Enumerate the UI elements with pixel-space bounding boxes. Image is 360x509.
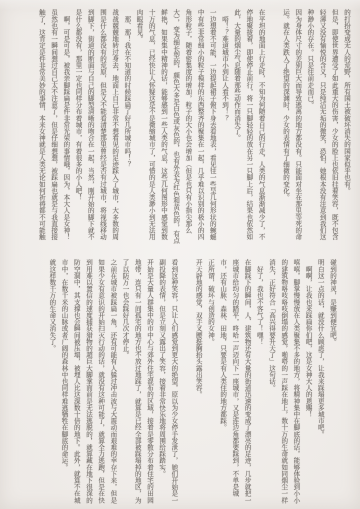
paragraph: 啊，可是可是，被我亲脚踩扁是件非常光荣的事情哦，因为，本大人是女神！ <box>60 9 72 246</box>
paragraph: 唔！？难道城市小到让人看不到！？ <box>219 9 231 246</box>
paragraph: 虽然也有一瞬间想过自己太不注意了，但是仔细想想，被踩扁也就是与我直接接触了，这肯… <box>36 9 60 246</box>
paragraph: 开天辟地的感觉，双手叉腰挺胸抬头露出笑容。 <box>193 259 205 505</box>
paragraph: 战战兢兢地转过身去，地面上自己非常不想看见的足迹踩入了城市，大多数的周围是什么都… <box>72 9 121 246</box>
paragraph: 一边想着不可能，一边提起裙子俯下身去看地表，看见往一些呈几何形状的蜿蜒中有些非常… <box>133 9 218 246</box>
paragraph: 因为身体尺寸的差别巨大而导致逃离的地方都没有。只能面对坐在那里等死的命运。就在人… <box>280 9 304 246</box>
novel-page: 的打扮变成无人的荒野，所有国土被破坏消失的国家似乎也有。 但是，即使世界遭受了如… <box>0 0 360 509</box>
paragraph: 好了，我也不客气了！嘿！ <box>254 259 266 505</box>
text-band-bottom: 碰到的神灵，是赚到便宜吧。 明白这一点的话，就没什么顾虑了，让我来踩塌更多城市吧… <box>46 259 339 505</box>
paragraph: 但是，即使世界遭受了如此重大的伤害，少女的脸上也依旧挂着笑容，既不包含轻薄又没有… <box>304 9 341 246</box>
paragraph: 啊啊，让我也来踩扁你们吧，这是女神大人的恩赐！ <box>302 259 314 505</box>
text-band-top: 的打扮变成无人的荒野，所有国土被破坏消失的国家似乎也有。 但是，即使世界遭受了如… <box>36 9 353 246</box>
paragraph: 碰到的神灵，是赚到便宜吧。 <box>327 259 339 505</box>
paragraph: 之前在城市被踩扁一角，还有可能有人躲过冲击波与大震动而艰难的幸存下来，但是如果少… <box>58 259 119 505</box>
paragraph: 的打扮变成无人的荒野，所有国土被破坏消失的国家似乎也有。 <box>341 9 353 246</box>
paragraph: 在平坦的地面上行走时，不知为何随着自己的行走，人类的气息渐渐减少了，不停地聚拢着… <box>231 9 268 246</box>
paragraph: 看到这种笑容，只让人们感觉到更大的绝望，原以为少女停手发泄了，她们开始是一副投降… <box>156 259 180 505</box>
paragraph: 在脚踩下的瞬间，人、建筑物还有大量的街道迅速的变成了漂亮的足迹，几步就把一座城市… <box>217 259 254 505</box>
paragraph: 嘻嘻，脚掌慢慢放在人类聚集不多的地方，将精神集中在脚底的话，能够体验到小小的建筑… <box>266 259 303 505</box>
paragraph-blank-line <box>268 9 280 246</box>
paragraph: 就这样数千万的生命又消失了。 <box>46 259 58 505</box>
paragraph: 明白这一点的话，就没什么顾虑了，让我来踩塌更多城市吧。 <box>315 259 327 505</box>
paragraph-blank-line <box>180 259 192 505</box>
paragraph: 那、那！我在不知道的时候踩扁了好几所城市吗！？ <box>121 9 133 246</box>
paragraph: 开始是大量人群集中的市中心与郊外住宅混布的区域，接着是零散分布着住宅的田园地带，… <box>119 259 156 505</box>
paragraph: 正所谓，破坏与创造的女神。 <box>205 259 217 505</box>
